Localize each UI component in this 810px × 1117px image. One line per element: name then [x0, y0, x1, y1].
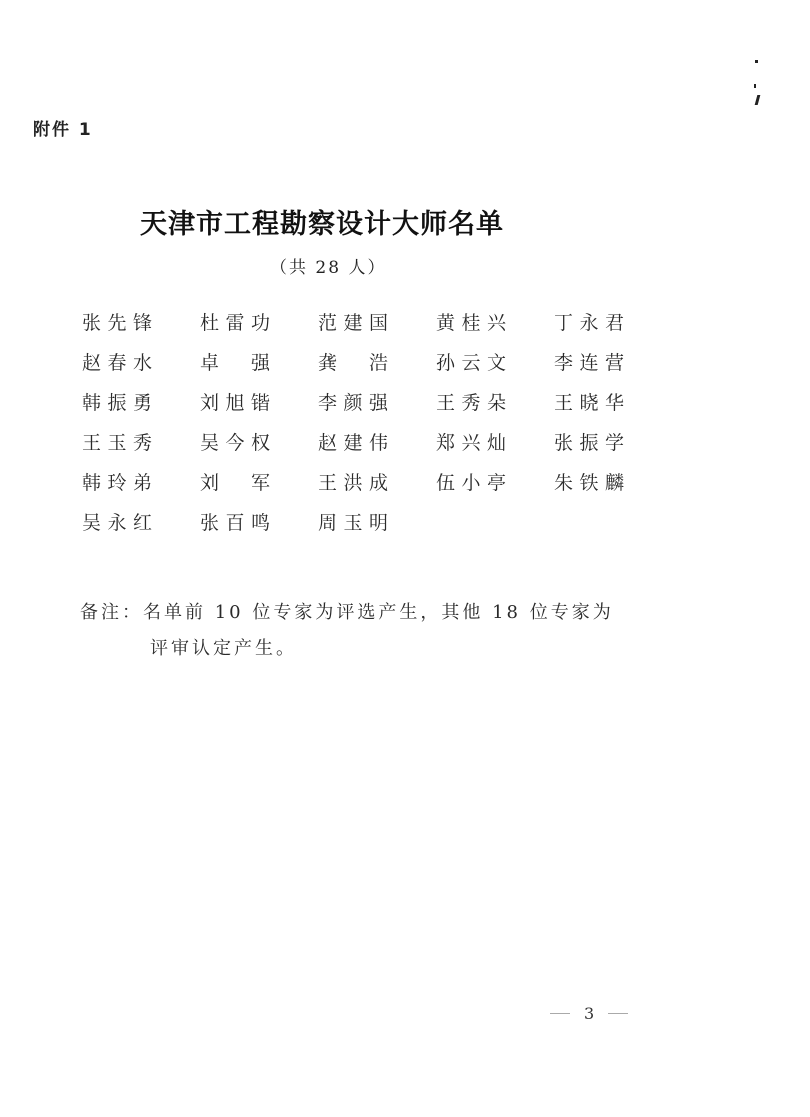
name-entry: 伍小亭 [436, 470, 506, 496]
name-entry: 王晓华 [554, 390, 624, 416]
dash-right [608, 1013, 628, 1014]
name-entry: 卓强 [200, 350, 270, 376]
dash-left [550, 1013, 570, 1014]
note-line-2: 评审认定产生。 [80, 631, 614, 667]
page-number: 3 [584, 1004, 594, 1023]
note-line-1: 备注：名单前 10 位专家为评选产生，其他 18 位专家为 [80, 602, 614, 623]
name-entry: 吴今权 [200, 430, 270, 456]
name-entry: 丁永君 [554, 310, 624, 336]
scan-mark [755, 95, 761, 105]
name-entry: 杜雷功 [200, 310, 270, 336]
scan-mark [755, 60, 758, 63]
page-footer: 3 [550, 1004, 628, 1023]
name-entry: 赵建伟 [318, 430, 388, 456]
name-entry: 张百鸣 [200, 510, 270, 536]
name-entry: 王洪成 [318, 470, 388, 496]
name-entry: 王秀朵 [436, 390, 506, 416]
name-entry: 周玉明 [318, 510, 388, 536]
name-entry: 张先锋 [82, 310, 152, 336]
name-entry: 朱铁麟 [554, 470, 624, 496]
name-entry: 韩振勇 [82, 390, 152, 416]
document-subtitle: （共 28 人） [270, 253, 386, 278]
name-entry: 刘军 [200, 470, 270, 496]
name-entry: 黄桂兴 [436, 310, 506, 336]
name-entry: 赵春水 [82, 350, 152, 376]
name-entry: 韩玲弟 [82, 470, 152, 496]
name-entry: 吴永红 [82, 510, 152, 536]
name-list: 张先锋杜雷功范建国黄桂兴丁永君赵春水卓强龚浩孙云文李连营韩振勇刘旭锴李颜强王秀朵… [82, 310, 672, 536]
name-entry: 刘旭锴 [200, 390, 270, 416]
document-title: 天津市工程勘察设计大师名单 [140, 202, 540, 241]
name-entry: 李颜强 [318, 390, 388, 416]
name-entry: 范建国 [318, 310, 388, 336]
name-entry: 郑兴灿 [436, 430, 506, 456]
scan-mark [754, 84, 756, 88]
name-entry: 张振学 [554, 430, 624, 456]
name-entry: 王玉秀 [82, 430, 152, 456]
note: 备注：名单前 10 位专家为评选产生，其他 18 位专家为 评审认定产生。 [80, 595, 614, 667]
name-entry: 孙云文 [436, 350, 506, 376]
attachment-label: 附件 1 [33, 115, 93, 140]
name-entry: 李连营 [554, 350, 624, 376]
name-entry: 龚浩 [318, 350, 388, 376]
